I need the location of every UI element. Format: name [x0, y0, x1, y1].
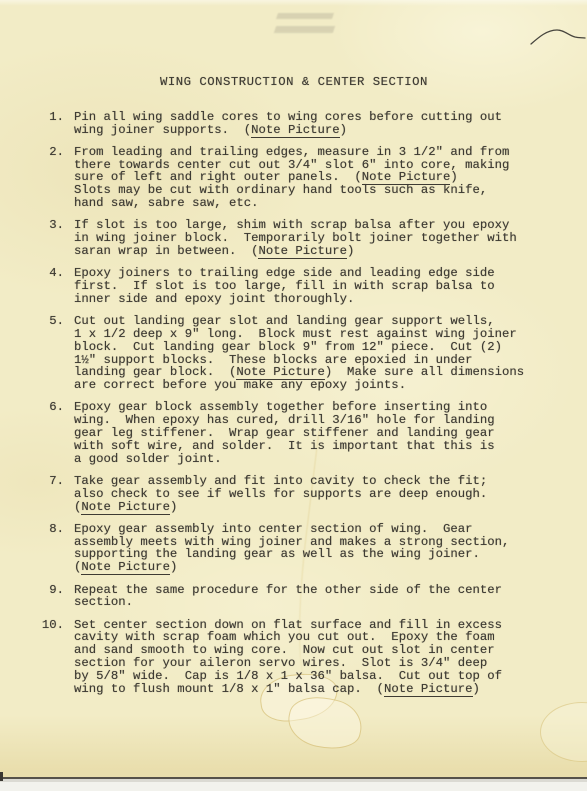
- list-item: 7.Take gear assembly and fit into cavity…: [40, 475, 557, 513]
- text-segment: hand saw, sabre saw, etc.: [74, 196, 258, 210]
- list-item: 10.Set center section down on flat surfa…: [40, 619, 557, 696]
- scan-edge-mark: [0, 772, 3, 781]
- note-picture-ref: Note Picture: [81, 500, 170, 515]
- item-text: Epoxy gear assembly into center section …: [74, 523, 557, 574]
- item-number: 8.: [40, 523, 64, 574]
- item-number: 5.: [40, 315, 64, 392]
- text-line: a good solder joint.: [74, 453, 557, 466]
- text-line: wing to flush mount 1/8 x 1" balsa cap. …: [74, 683, 557, 696]
- text-line: section.: [74, 596, 557, 609]
- item-number: 10.: [40, 619, 64, 696]
- note-picture-ref: Note Picture: [258, 244, 347, 259]
- text-line: wing joiner supports. (Note Picture): [74, 124, 557, 137]
- text-segment: saran wrap in between. (: [74, 244, 258, 258]
- item-text: Set center section down on flat surface …: [74, 619, 557, 696]
- list-item: 4.Epoxy joiners to trailing edge side an…: [40, 267, 557, 305]
- item-number: 7.: [40, 475, 64, 513]
- text-segment: ): [347, 244, 354, 258]
- typewritten-document: WING CONSTRUCTION & CENTER SECTION 1.Pin…: [0, 0, 587, 695]
- text-segment: are correct before you make any epoxy jo…: [74, 378, 406, 392]
- document-title: WING CONSTRUCTION & CENTER SECTION: [160, 76, 557, 89]
- text-segment: a good solder joint.: [74, 452, 222, 466]
- text-line: also check to see if wells for supports …: [74, 488, 557, 501]
- text-line: saran wrap in between. (Note Picture): [74, 245, 557, 258]
- text-line: hand saw, sabre saw, etc.: [74, 197, 557, 210]
- text-segment: wing joiner supports. (: [74, 123, 251, 137]
- item-text: From leading and trailing edges, measure…: [74, 146, 557, 210]
- text-segment: wing to flush mount 1/8 x 1" balsa cap. …: [74, 682, 384, 696]
- text-segment: ): [340, 123, 347, 137]
- text-segment: also check to see if wells for supports …: [74, 487, 487, 501]
- item-text: If slot is too large, shim with scrap ba…: [74, 219, 557, 257]
- text-segment: ): [170, 500, 177, 514]
- item-text: Cut out landing gear slot and landing ge…: [74, 315, 557, 392]
- scanned-page: WING CONSTRUCTION & CENTER SECTION 1.Pin…: [0, 0, 587, 779]
- item-number: 6.: [40, 401, 64, 465]
- text-segment: Repeat the same procedure for the other …: [74, 583, 502, 597]
- list-item: 5.Cut out landing gear slot and landing …: [40, 315, 557, 392]
- item-text: Epoxy gear block assembly together befor…: [74, 401, 557, 465]
- list-item: 3.If slot is too large, shim with scrap …: [40, 219, 557, 257]
- item-number: 9.: [40, 584, 64, 610]
- item-number: 1.: [40, 111, 64, 137]
- list-item: 9.Repeat the same procedure for the othe…: [40, 584, 557, 610]
- list-item: 1.Pin all wing saddle cores to wing core…: [40, 111, 557, 137]
- text-segment: section.: [74, 595, 133, 609]
- list-item: 8.Epoxy gear assembly into center sectio…: [40, 523, 557, 574]
- text-line: are correct before you make any epoxy jo…: [74, 379, 557, 392]
- item-number: 2.: [40, 146, 64, 210]
- text-line: (Note Picture): [74, 501, 557, 514]
- item-text: Epoxy joiners to trailing edge side and …: [74, 267, 557, 305]
- water-stain: [540, 702, 587, 762]
- item-text: Repeat the same procedure for the other …: [74, 584, 557, 610]
- text-line: (Note Picture): [74, 561, 557, 574]
- text-line: inner side and epoxy joint thoroughly.: [74, 293, 557, 306]
- item-text: Pin all wing saddle cores to wing cores …: [74, 111, 557, 137]
- text-line: Repeat the same procedure for the other …: [74, 584, 557, 597]
- text-segment: ): [170, 560, 177, 574]
- item-number: 4.: [40, 267, 64, 305]
- note-picture-ref: Note Picture: [384, 682, 473, 697]
- item-number: 3.: [40, 219, 64, 257]
- list-item: 6.Epoxy gear block assembly together bef…: [40, 401, 557, 465]
- text-segment: inner side and epoxy joint thoroughly.: [74, 292, 354, 306]
- item-text: Take gear assembly and fit into cavity t…: [74, 475, 557, 513]
- note-picture-ref: Note Picture: [81, 560, 170, 575]
- text-segment: ): [473, 682, 480, 696]
- instruction-list: 1.Pin all wing saddle cores to wing core…: [40, 111, 557, 696]
- note-picture-ref: Note Picture: [251, 123, 340, 138]
- list-item: 2.From leading and trailing edges, measu…: [40, 146, 557, 210]
